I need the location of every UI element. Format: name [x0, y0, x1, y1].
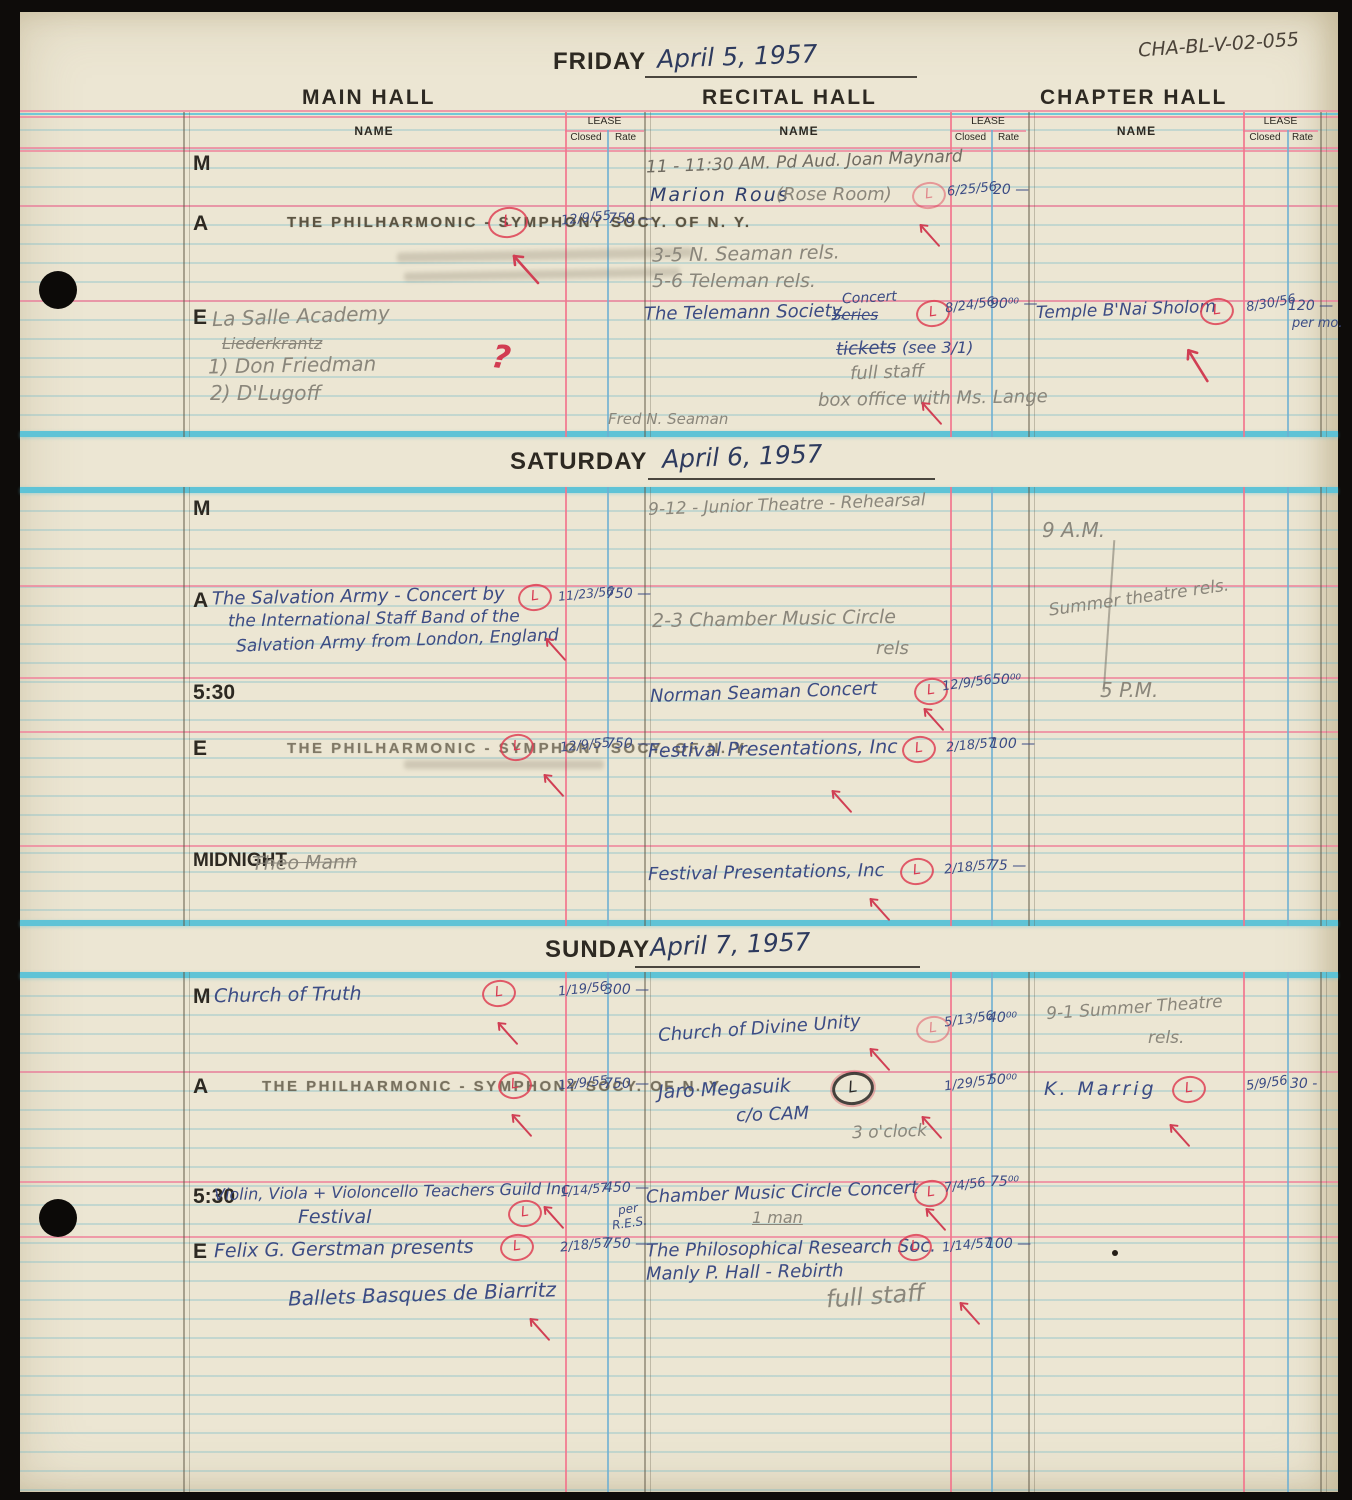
time-label-sat-m: M [193, 497, 211, 521]
time-label-sun-e: E [193, 1240, 207, 1264]
column-line [1028, 972, 1035, 1492]
time-label-sat-a: A [193, 589, 208, 613]
section-band [20, 972, 1338, 978]
red-arrow-mark [508, 252, 542, 286]
lease-rate: 750 — [604, 1076, 649, 1092]
red-arrow-mark [1166, 1122, 1192, 1148]
entry-footer: Fred N. Seaman [608, 410, 728, 428]
column-line [1243, 487, 1245, 926]
column-line [565, 972, 567, 1492]
lease-rate: 90⁰⁰ — [990, 296, 1038, 312]
entry-name: Church of Truth [214, 983, 362, 1008]
entry-note: rels. [1148, 1028, 1184, 1048]
ledger-scan: FRIDAY April 5, 1957 CHA-BL-V-02-055 MAI… [0, 0, 1352, 1500]
col-header-lease-main: LEASE [565, 115, 644, 127]
entry-name-struck: Liederkrantz [222, 334, 322, 353]
entry-struck: Series [832, 306, 878, 324]
line [20, 1181, 1338, 1183]
column-line [644, 972, 651, 1492]
col-header-rate-main: Rate [607, 132, 644, 143]
column-line [1287, 130, 1289, 437]
col-header-rate-chapter: Rate [1287, 132, 1318, 143]
date-underline [648, 478, 935, 480]
entry-name: Festival Presentations, Inc [648, 736, 898, 762]
column-line [950, 972, 952, 1492]
line [20, 147, 1338, 149]
column-line [183, 972, 190, 1492]
day-date-friday: April 5, 1957 [657, 39, 818, 74]
column-line [1028, 487, 1035, 926]
time-label-sat-530: 5:30 [193, 681, 235, 705]
lease-rate: 75⁰⁰ [990, 1174, 1019, 1190]
day-title-saturday: SATURDAY [510, 448, 647, 476]
red-arrow-mark [494, 1020, 520, 1046]
entry-name: c/o CAM [736, 1103, 810, 1127]
entry-name-struck: Theo Mann [252, 851, 357, 875]
red-arrow-mark [920, 706, 946, 732]
faded-stamp [404, 760, 604, 769]
line [20, 113, 1338, 115]
red-arrow-mark [866, 896, 892, 922]
entry-name: K. Marrig [1044, 1078, 1157, 1100]
red-arrow-mark [866, 1046, 892, 1072]
col-header-name-chapter: NAME [1030, 124, 1243, 138]
punch-hole [39, 1199, 77, 1237]
lease-rate: 100 — [990, 736, 1035, 752]
hall-title-chapter: CHAPTER HALL [1040, 86, 1227, 110]
ruled-lines-sunday [20, 978, 1338, 1492]
red-arrow-mark [526, 1316, 552, 1342]
entry-name: Festival Presentations, Inc [648, 860, 885, 885]
entry-note: rels [876, 638, 909, 659]
time-label-fri-e: E [193, 306, 207, 330]
column-line [565, 487, 567, 926]
lease-rate: 50⁰⁰ [992, 672, 1021, 688]
day-date-saturday: April 6, 1957 [662, 439, 823, 474]
red-arrow-mark [828, 788, 854, 814]
col-header-closed-main: Closed [565, 132, 607, 143]
red-arrow-mark [918, 400, 944, 426]
column-line [183, 487, 190, 926]
red-arrow-mark [922, 1206, 948, 1232]
red-arrow-mark [540, 772, 566, 798]
col-header-name-recital: NAME [648, 124, 950, 138]
col-header-name-main: NAME [183, 124, 565, 138]
hall-title-main: MAIN HALL [302, 86, 435, 110]
col-header-lease-recital: LEASE [950, 115, 1026, 127]
lease-rate-unit: per mo. [1292, 316, 1342, 331]
col-header-rate-recital: Rate [991, 132, 1026, 143]
entry-note: 1 man [752, 1208, 803, 1227]
punch-hole [39, 271, 77, 309]
entry-note: 2-3 Chamber Music Circle [652, 606, 896, 632]
entry-note: 5 P.M. [1100, 678, 1158, 702]
entry-name: 1) Don Friedman [208, 352, 377, 379]
column-line [1320, 972, 1327, 1492]
lease-rate: 40⁰⁰ [988, 1010, 1017, 1026]
red-arrow-mark [918, 1114, 944, 1140]
lease-rate: 120 — [1288, 298, 1333, 314]
line [20, 1071, 1338, 1073]
entry-note: 3-5 N. Seaman rels. [652, 241, 840, 266]
hall-title-recital: RECITAL HALL [702, 86, 877, 110]
day-title-friday: FRIDAY [553, 48, 646, 76]
time-label-sat-e: E [193, 737, 207, 761]
lease-rate: 50⁰⁰ [988, 1072, 1017, 1088]
red-arrow-mark [916, 222, 942, 248]
line [20, 1236, 1338, 1238]
lease-rate: 750 — [606, 586, 651, 602]
lease-rate: 30 - [1290, 1076, 1317, 1092]
entry-insert: Concert [842, 289, 898, 308]
lease-rate: 75 — [990, 858, 1026, 874]
entry-note: 9 A.M. [1042, 518, 1105, 542]
ink-dot [1112, 1250, 1118, 1256]
column-line [991, 972, 993, 1492]
lease-rate: 20 — [993, 182, 1029, 198]
lease-rate: 100 — [986, 1236, 1031, 1252]
entry-name: The Telemann Society, [644, 300, 847, 325]
entry-note: (see 3/1) [902, 338, 973, 357]
section-band [20, 487, 1338, 493]
lease-rate: 300 — [604, 982, 649, 998]
column-line [1243, 972, 1245, 1492]
lease-rate: 450 — [604, 1180, 649, 1196]
entry-name: Festival [298, 1206, 371, 1228]
column-line [1287, 972, 1289, 1492]
entry-name: Manly P. Hall - Rebirth [646, 1260, 844, 1284]
line [20, 110, 1338, 112]
red-arrow-mark [508, 1112, 534, 1138]
column-line [183, 112, 190, 437]
column-line [950, 487, 952, 926]
column-line [1320, 112, 1327, 437]
day-title-sunday: SUNDAY [545, 936, 650, 964]
entry-note: 3 o'clock [852, 1121, 928, 1144]
col-header-closed-chapter: Closed [1243, 132, 1287, 143]
lease-rate: 750 — [608, 211, 653, 227]
entry-name: Felix G. Gerstman presents [214, 1236, 474, 1263]
catalog-number: CHA-BL-V-02-055 [1137, 28, 1299, 61]
col-header-lease-chapter: LEASE [1243, 115, 1318, 127]
line [20, 150, 1338, 152]
section-band [20, 920, 1338, 926]
line [20, 845, 1338, 847]
red-arrow-mark [540, 1204, 566, 1230]
entry-note: (Rose Room) [776, 184, 892, 205]
section-band [20, 431, 1338, 437]
entry-note-struck: tickets [836, 337, 897, 360]
time-label-fri-m: M [193, 152, 211, 176]
line [20, 731, 1338, 733]
entry-name: 2) D'Lugoff [210, 381, 321, 405]
time-label-sun-a: A [193, 1075, 208, 1099]
red-arrow-mark [956, 1300, 982, 1326]
col-header-closed-recital: Closed [950, 132, 991, 143]
day-date-sunday: April 7, 1957 [650, 927, 811, 962]
ledger-page: FRIDAY April 5, 1957 CHA-BL-V-02-055 MAI… [20, 12, 1338, 1492]
time-label-fri-a: A [193, 212, 208, 236]
lease-rate: 750 — [604, 1236, 649, 1252]
time-label-sun-m: M [193, 985, 211, 1009]
column-line [1320, 487, 1327, 926]
lease-rate: 750 — [606, 736, 651, 752]
column-line [607, 487, 609, 926]
date-underline [635, 966, 920, 968]
red-arrow-mark [542, 636, 568, 662]
red-arrow-mark [1177, 345, 1216, 384]
line [20, 116, 1338, 118]
column-line [1243, 112, 1245, 437]
entry-note: 5-6 Teleman rels. [652, 270, 816, 292]
date-underline [645, 76, 917, 78]
column-line [607, 972, 609, 1492]
entry-note: full staff [850, 361, 925, 385]
entry-name: Marion Rous [650, 184, 790, 206]
column-line [607, 130, 609, 437]
column-line [1287, 487, 1289, 926]
